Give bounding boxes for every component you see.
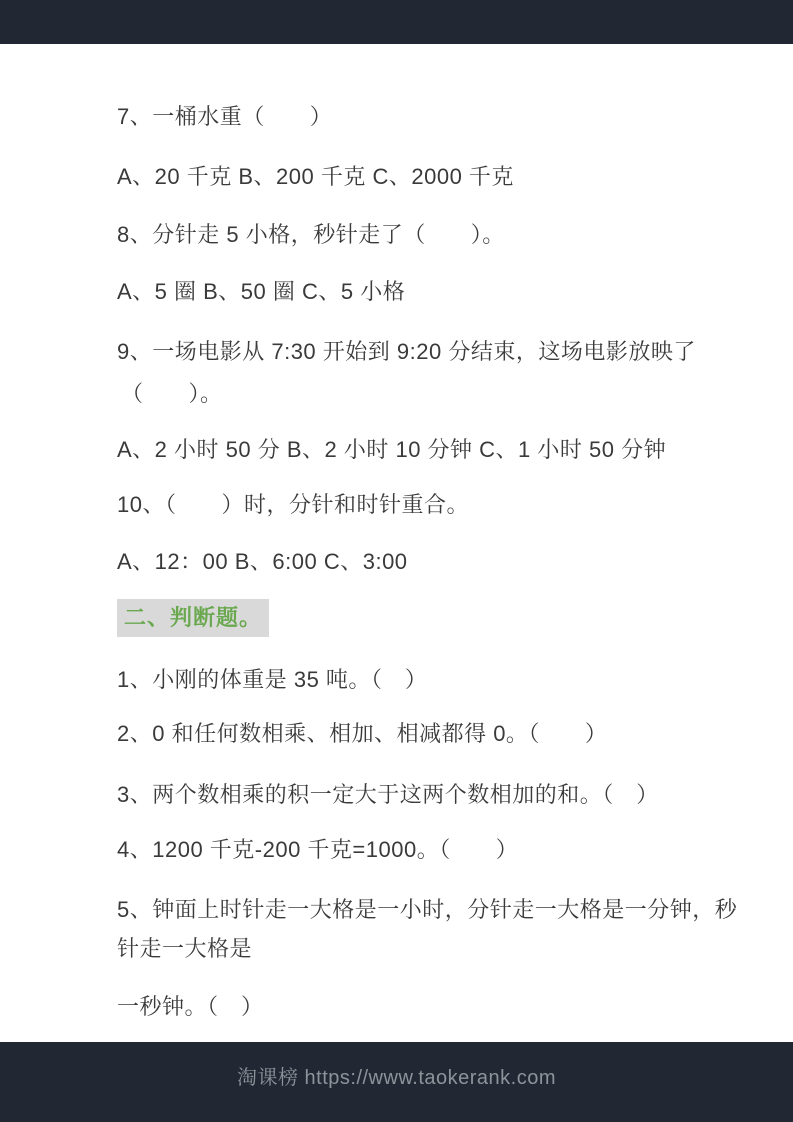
- question-9-text-line-2: （ ）。: [121, 379, 223, 409]
- footer-credit: 淘课榜 https://www.taokerank.com: [0, 1066, 793, 1090]
- judge-1-text: 1、小刚的体重是 35 吨。（ ）: [117, 665, 427, 695]
- judge-5-text-line-2: 针走一大格是: [117, 934, 252, 964]
- question-7-options: A、20 千克 B、200 千克 C、2000 千克: [117, 162, 514, 192]
- question-10-text: 10、（ ）时，分针和时针重合。: [117, 490, 469, 520]
- judge-3-text: 3、两个数相乘的积一定大于这两个数相加的和。（ ）: [117, 780, 659, 810]
- question-9-text-line-1: 9、一场电影从 7:30 开始到 9:20 分结束，这场电影放映了: [117, 337, 696, 367]
- judge-4-text: 4、1200 千克-200 千克=1000。（ ）: [117, 835, 518, 865]
- question-8-text: 8、分针走 5 小格，秒针走了（ ）。: [117, 220, 505, 250]
- judge-5-text-line-1: 5、钟面上时针走一大格是一小时，分针走一大格是一分钟，秒: [117, 895, 737, 925]
- top-letterbox-bar: [0, 0, 793, 44]
- question-7-text: 7、一桶水重（ ）: [117, 102, 332, 132]
- worksheet-page: 7、一桶水重（ ） A、20 千克 B、200 千克 C、2000 千克 8、分…: [0, 0, 793, 1122]
- question-10-options: A、12：00 B、6:00 C、3:00: [117, 547, 408, 577]
- judge-5-text-line-3: 一秒钟。（ ）: [117, 992, 264, 1022]
- question-8-options: A、5 圈 B、50 圈 C、5 小格: [117, 277, 405, 307]
- judge-2-text: 2、0 和任何数相乘、相加、相减都得 0。（ ）: [117, 719, 607, 749]
- section-2-heading: 二、判断题。: [117, 599, 269, 637]
- question-9-options: A、2 小时 50 分 B、2 小时 10 分钟 C、1 小时 50 分钟: [117, 435, 666, 465]
